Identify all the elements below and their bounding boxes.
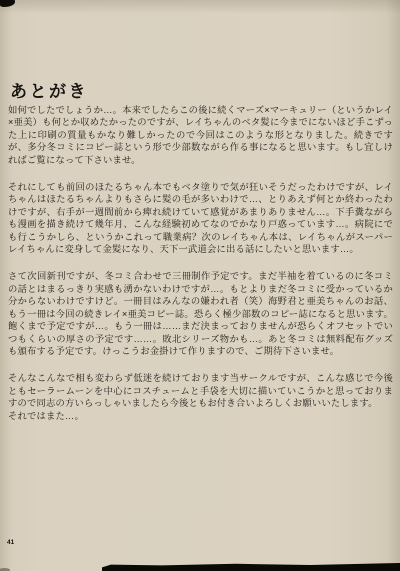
afterword-body: 如何でしたでしょうか…。本来でしたらこの後に続くマーズ×マーキュリー（というかレ… xyxy=(8,104,393,422)
page-title: あとがき xyxy=(10,77,88,102)
scan-corner-smudge xyxy=(0,0,15,7)
afterword-paragraph-1: 如何でしたでしょうか…。本来でしたらこの後に続くマーズ×マーキュリー（というかレ… xyxy=(8,104,393,166)
scanned-afterword-page: あとがき 如何でしたでしょうか…。本来でしたらこの後に続くマーズ×マーキュリー（… xyxy=(0,0,400,571)
afterword-paragraph-4: そんなこんなで相も変わらず低迷を続けております当サークルですが、こんな感じで今後… xyxy=(8,372,393,409)
afterword-paragraph-2: それにしても前回のほたるちゃん本でもベタ塗りで気が狂いそうだったわけですが、レイ… xyxy=(8,181,393,255)
page-number: 41 xyxy=(7,539,14,546)
bottom-scan-bar xyxy=(102,563,400,571)
afterword-closing-line: それではまた…。 xyxy=(8,410,393,422)
afterword-paragraph-3: さて次回新刊ですが、冬コミ合わせで三冊制作予定です。まだ半袖を着ているのに冬コミ… xyxy=(8,270,393,357)
